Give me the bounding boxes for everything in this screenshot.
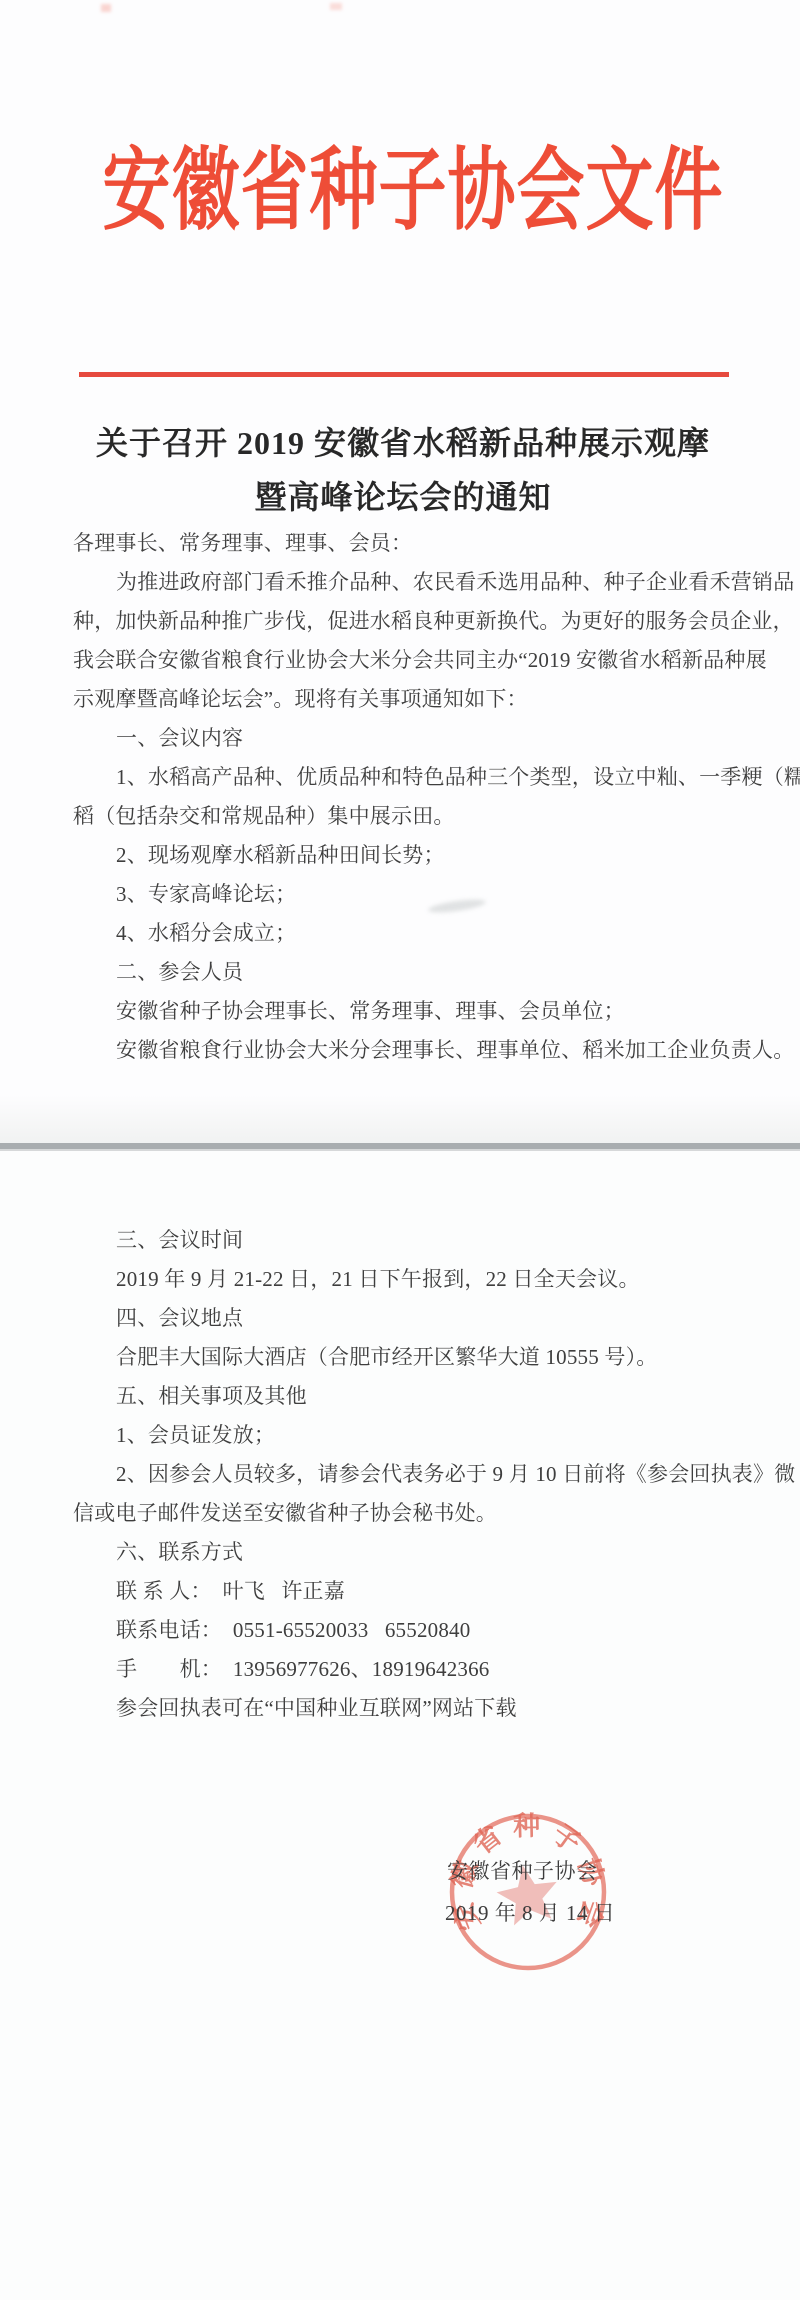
- scan-artifact: [101, 4, 111, 12]
- body-line: 4、水稻分会成立；: [116, 919, 296, 947]
- body-line: 1、水稻高产品种、优质品种和特色品种三个类型，设立中籼、一季粳（糯）: [116, 763, 800, 791]
- body-line: 二、参会人员: [116, 958, 243, 986]
- body-line: 1、会员证发放；: [116, 1421, 275, 1449]
- body-line: 参会回执表可在“中国种业互联网”网站下载: [116, 1694, 517, 1722]
- seal-graphic: 安徽省种子协会: [442, 1803, 614, 1979]
- body-line: 安徽省种子协会理事长、常务理事、理事、会员单位；: [116, 997, 625, 1025]
- body-line: 各理事长、常务理事、理事、会员：: [73, 529, 412, 557]
- body-line: 联 系 人： 叶飞 许正嘉: [116, 1577, 345, 1605]
- body-line: 五、相关事项及其他: [116, 1382, 307, 1410]
- body-line: 示观摩暨高峰论坛会”。现将有关事项通知如下：: [73, 685, 528, 713]
- scan-artifact: [330, 3, 342, 10]
- official-round-seal: 安徽省种子协会: [442, 1803, 614, 1979]
- scanned-document: 安徽省种子协会文件 关于召开 2019 安徽省水稻新品种展示观摩 暨高峰论坛会的…: [0, 0, 800, 2300]
- body-line: 合肥丰大国际大酒店（合肥市经开区繁华大道 10555 号）。: [116, 1343, 658, 1371]
- body-line: 一、会议内容: [116, 724, 243, 752]
- body-line: 六、联系方式: [116, 1538, 243, 1566]
- body-line: 安徽省粮食行业协会大米分会理事长、理事单位、稻米加工企业负责人。: [116, 1036, 794, 1064]
- document-title-line2: 暨高峰论坛会的通知: [6, 470, 800, 524]
- page-1-bottom-shade: [0, 1095, 800, 1143]
- signature-organization: 安徽省种子协会: [447, 1857, 598, 1885]
- body-line: 手 机： 13956977626、18919642366: [116, 1655, 490, 1683]
- body-line: 2、因参会人员较多，请参会代表务必于 9 月 10 日前将《参会回执表》微: [116, 1460, 795, 1488]
- letterhead-title: 安徽省种子协会文件: [0, 146, 800, 236]
- body-line: 三、会议时间: [116, 1226, 243, 1254]
- body-line: 联系电话： 0551-65520033 65520840: [116, 1616, 470, 1644]
- body-line: 我会联合安徽省粮食行业协会大米分会共同主办“2019 安徽省水稻新品种展: [73, 646, 767, 674]
- body-line: 信或电子邮件发送至安徽省种子协会秘书处。: [73, 1499, 497, 1527]
- body-line: 四、会议地点: [116, 1304, 243, 1332]
- body-line: 种，加快新品种推广步伐，促进水稻良种更新换代。为更好的服务会员企业，: [73, 607, 794, 635]
- document-title-line1: 关于召开 2019 安徽省水稻新品种展示观摩: [6, 416, 800, 470]
- body-line: 2019 年 9 月 21-22 日，21 日下午报到，22 日全天会议。: [116, 1265, 640, 1293]
- red-rule: [79, 372, 729, 377]
- body-line: 为推进政府部门看禾推介品种、农民看禾选用品种、种子企业看禾营销品: [116, 568, 794, 596]
- body-line: 3、专家高峰论坛；: [116, 880, 296, 908]
- document-title: 关于召开 2019 安徽省水稻新品种展示观摩 暨高峰论坛会的通知: [0, 416, 800, 524]
- body-line: 2、现场观摩水稻新品种田间长势；: [116, 841, 445, 869]
- body-line: 稻（包括杂交和常规品种）集中展示田。: [73, 802, 455, 830]
- signature-date: 2019 年 8 月 14 日: [445, 1899, 615, 1927]
